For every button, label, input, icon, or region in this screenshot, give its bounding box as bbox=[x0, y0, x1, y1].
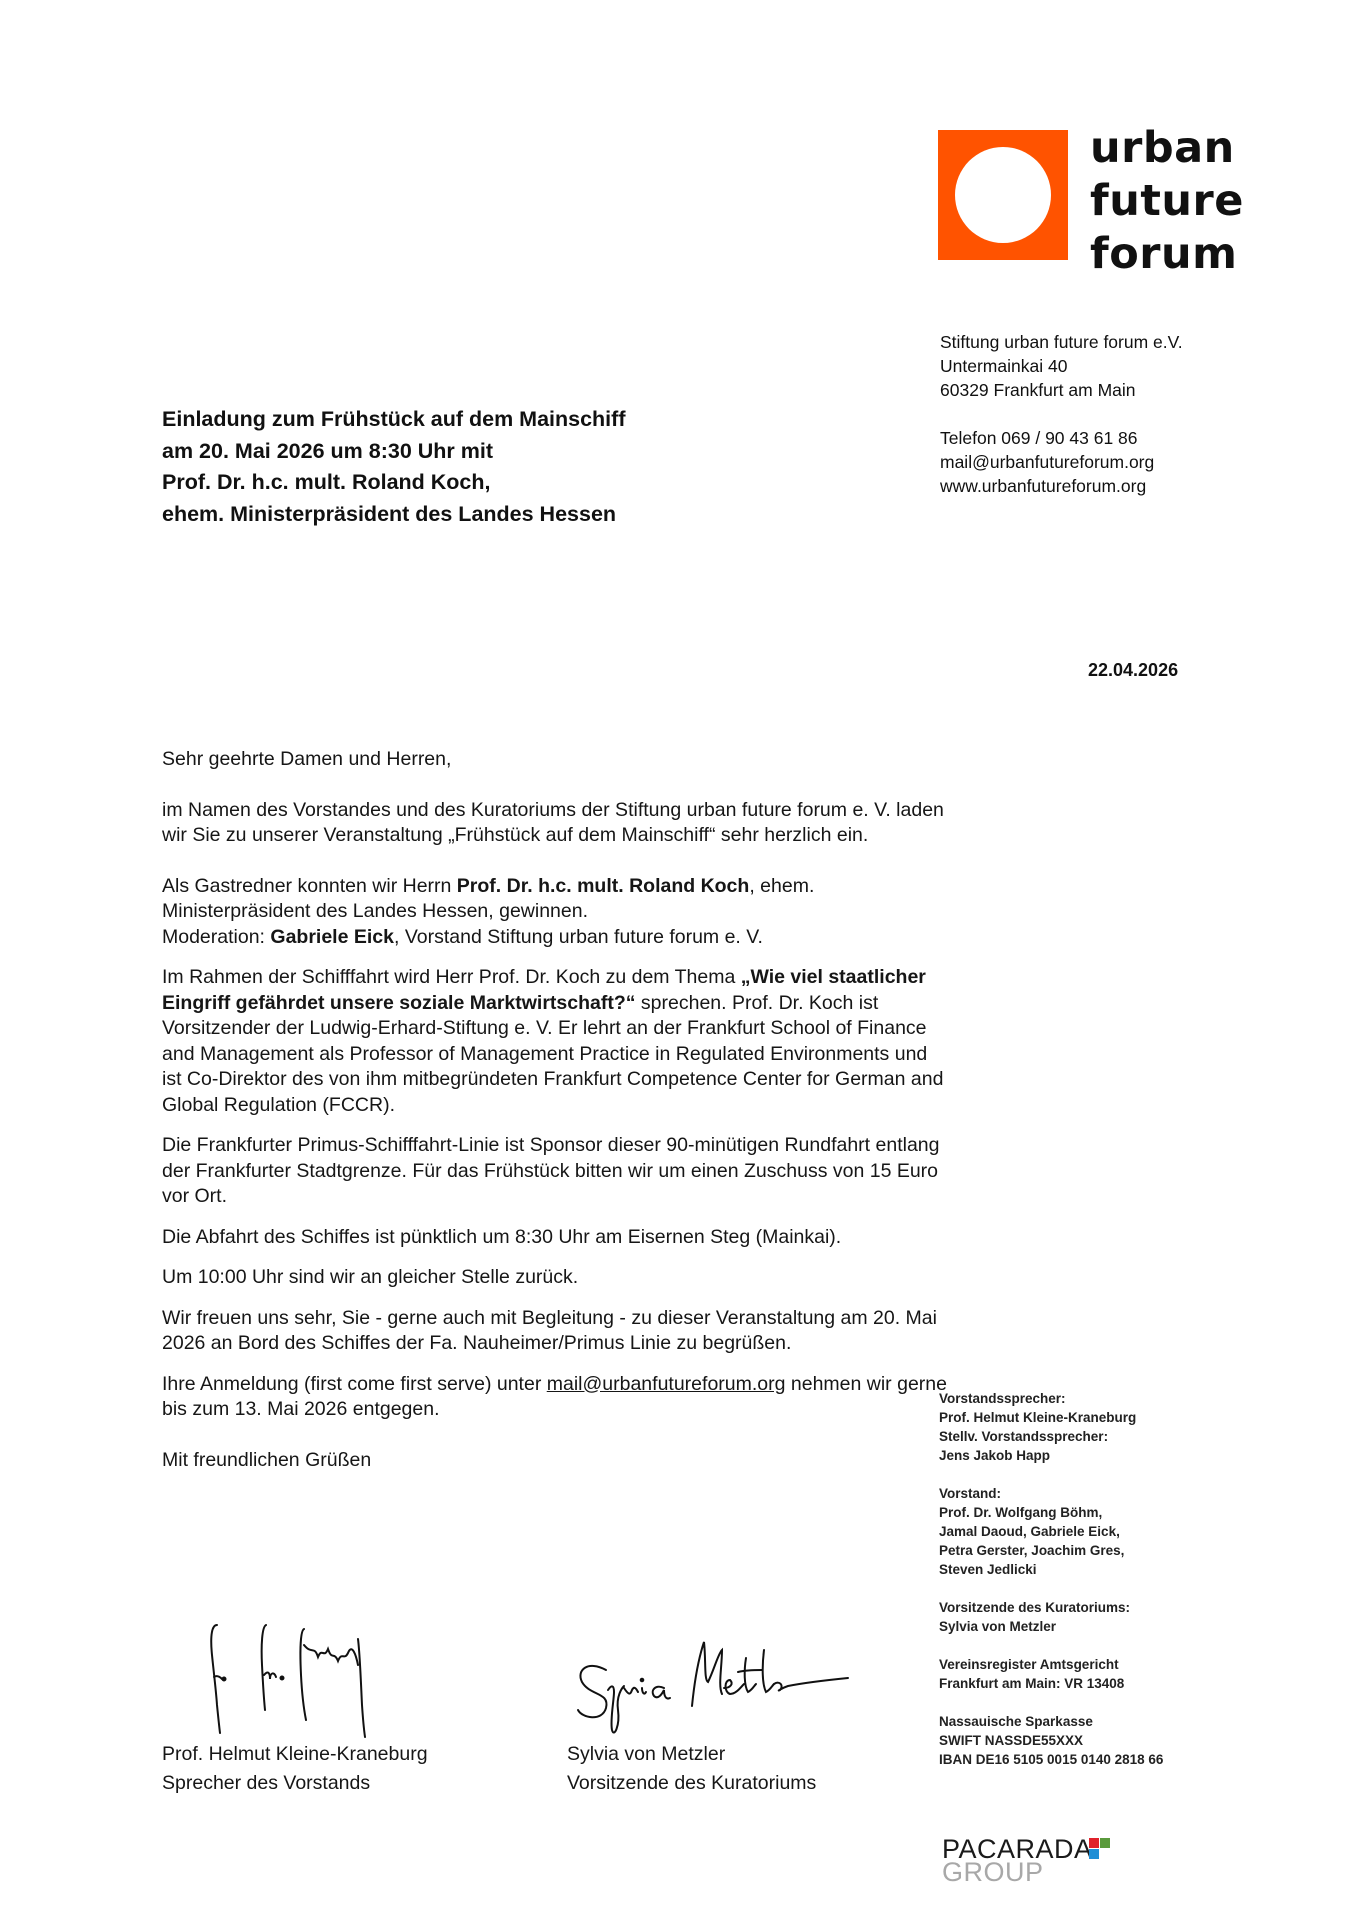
signer-von-metzler: Sylvia von Metzler Vorsitzende des Kurat… bbox=[567, 1740, 816, 1798]
organization-sidebar: Vorstandssprecher: Prof. Helmut Kleine-K… bbox=[939, 1389, 1189, 1788]
letter-body: Sehr geehrte Damen und Herren, im Namen … bbox=[162, 747, 952, 1473]
sender-city: 60329 Frankfurt am Main bbox=[940, 378, 1183, 402]
pacarada-group-logo: PACARADA GROUP bbox=[942, 1836, 1122, 1886]
signer-role: Sprecher des Vorstands bbox=[162, 1769, 428, 1798]
sender-phone: Telefon 069 / 90 43 61 86 bbox=[940, 426, 1183, 450]
sender-website[interactable]: www.urbanfutureforum.org bbox=[940, 474, 1183, 498]
paragraph-invitation: im Namen des Vorstandes und des Kuratori… bbox=[162, 798, 952, 849]
signer-name: Sylvia von Metzler bbox=[567, 1740, 816, 1769]
paragraph-speaker: Als Gastredner konnten wir Herrn Prof. D… bbox=[162, 874, 952, 925]
closing: Mit freundlichen Grüßen bbox=[162, 1448, 952, 1474]
paragraph-return: Um 10:00 Uhr sind wir an gleicher Stelle… bbox=[162, 1265, 952, 1291]
signature-von-metzler bbox=[568, 1630, 868, 1740]
sidebar-bank: Nassauische Sparkasse SWIFT NASSDE55XXX … bbox=[939, 1712, 1189, 1769]
speaker-name: Prof. Dr. h.c. mult. Roland Koch bbox=[457, 875, 750, 897]
paragraph-sponsor: Die Frankfurter Primus-Schifffahrt-Linie… bbox=[162, 1133, 952, 1210]
signature-kleine-kraneburg bbox=[162, 1615, 522, 1745]
paragraph-registration: Ihre Anmeldung (first come first serve) … bbox=[162, 1372, 952, 1423]
sidebar-board: Vorstand: Prof. Dr. Wolfgang Böhm, Jamal… bbox=[939, 1484, 1189, 1579]
paragraph-moderation: Moderation: Gabriele Eick, Vorstand Stif… bbox=[162, 925, 952, 951]
paragraph-welcome: Wir freuen uns sehr, Sie - gerne auch mi… bbox=[162, 1306, 952, 1357]
letter-date: 22.04.2026 bbox=[1088, 660, 1178, 681]
logo-mark-icon bbox=[938, 130, 1068, 260]
pacarada-grid-icon bbox=[1089, 1838, 1111, 1860]
signer-name: Prof. Helmut Kleine-Kraneburg bbox=[162, 1740, 428, 1769]
sender-street: Untermainkai 40 bbox=[940, 354, 1183, 378]
paragraph-topic: Im Rahmen der Schifffahrt wird Herr Prof… bbox=[162, 965, 952, 1118]
salutation: Sehr geehrte Damen und Herren, bbox=[162, 747, 952, 773]
paragraph-departure: Die Abfahrt des Schiffes ist pünktlich u… bbox=[162, 1225, 952, 1251]
letter-subject: Einladung zum Frühstück auf dem Mainschi… bbox=[162, 404, 625, 530]
sidebar-curatorium: Vorsitzende des Kuratoriums: Sylvia von … bbox=[939, 1598, 1189, 1636]
sender-email[interactable]: mail@urbanfutureforum.org bbox=[940, 450, 1183, 474]
registration-email-link[interactable]: mail@urbanfutureforum.org bbox=[547, 1373, 786, 1395]
logo-wordmark: urban future forum bbox=[1090, 122, 1244, 281]
sidebar-register: Vereinsregister Amtsgericht Frankfurt am… bbox=[939, 1655, 1189, 1693]
moderator-name: Gabriele Eick bbox=[270, 926, 394, 948]
sidebar-board-spokesperson: Vorstandssprecher: Prof. Helmut Kleine-K… bbox=[939, 1389, 1189, 1465]
signer-kleine-kraneburg: Prof. Helmut Kleine-Kraneburg Sprecher d… bbox=[162, 1740, 428, 1798]
signer-role: Vorsitzende des Kuratoriums bbox=[567, 1769, 816, 1798]
sender-address: Stiftung urban future forum e.V. Unterma… bbox=[940, 330, 1183, 498]
sender-org: Stiftung urban future forum e.V. bbox=[940, 330, 1183, 354]
urban-future-forum-logo: urban future forum bbox=[938, 128, 1238, 263]
